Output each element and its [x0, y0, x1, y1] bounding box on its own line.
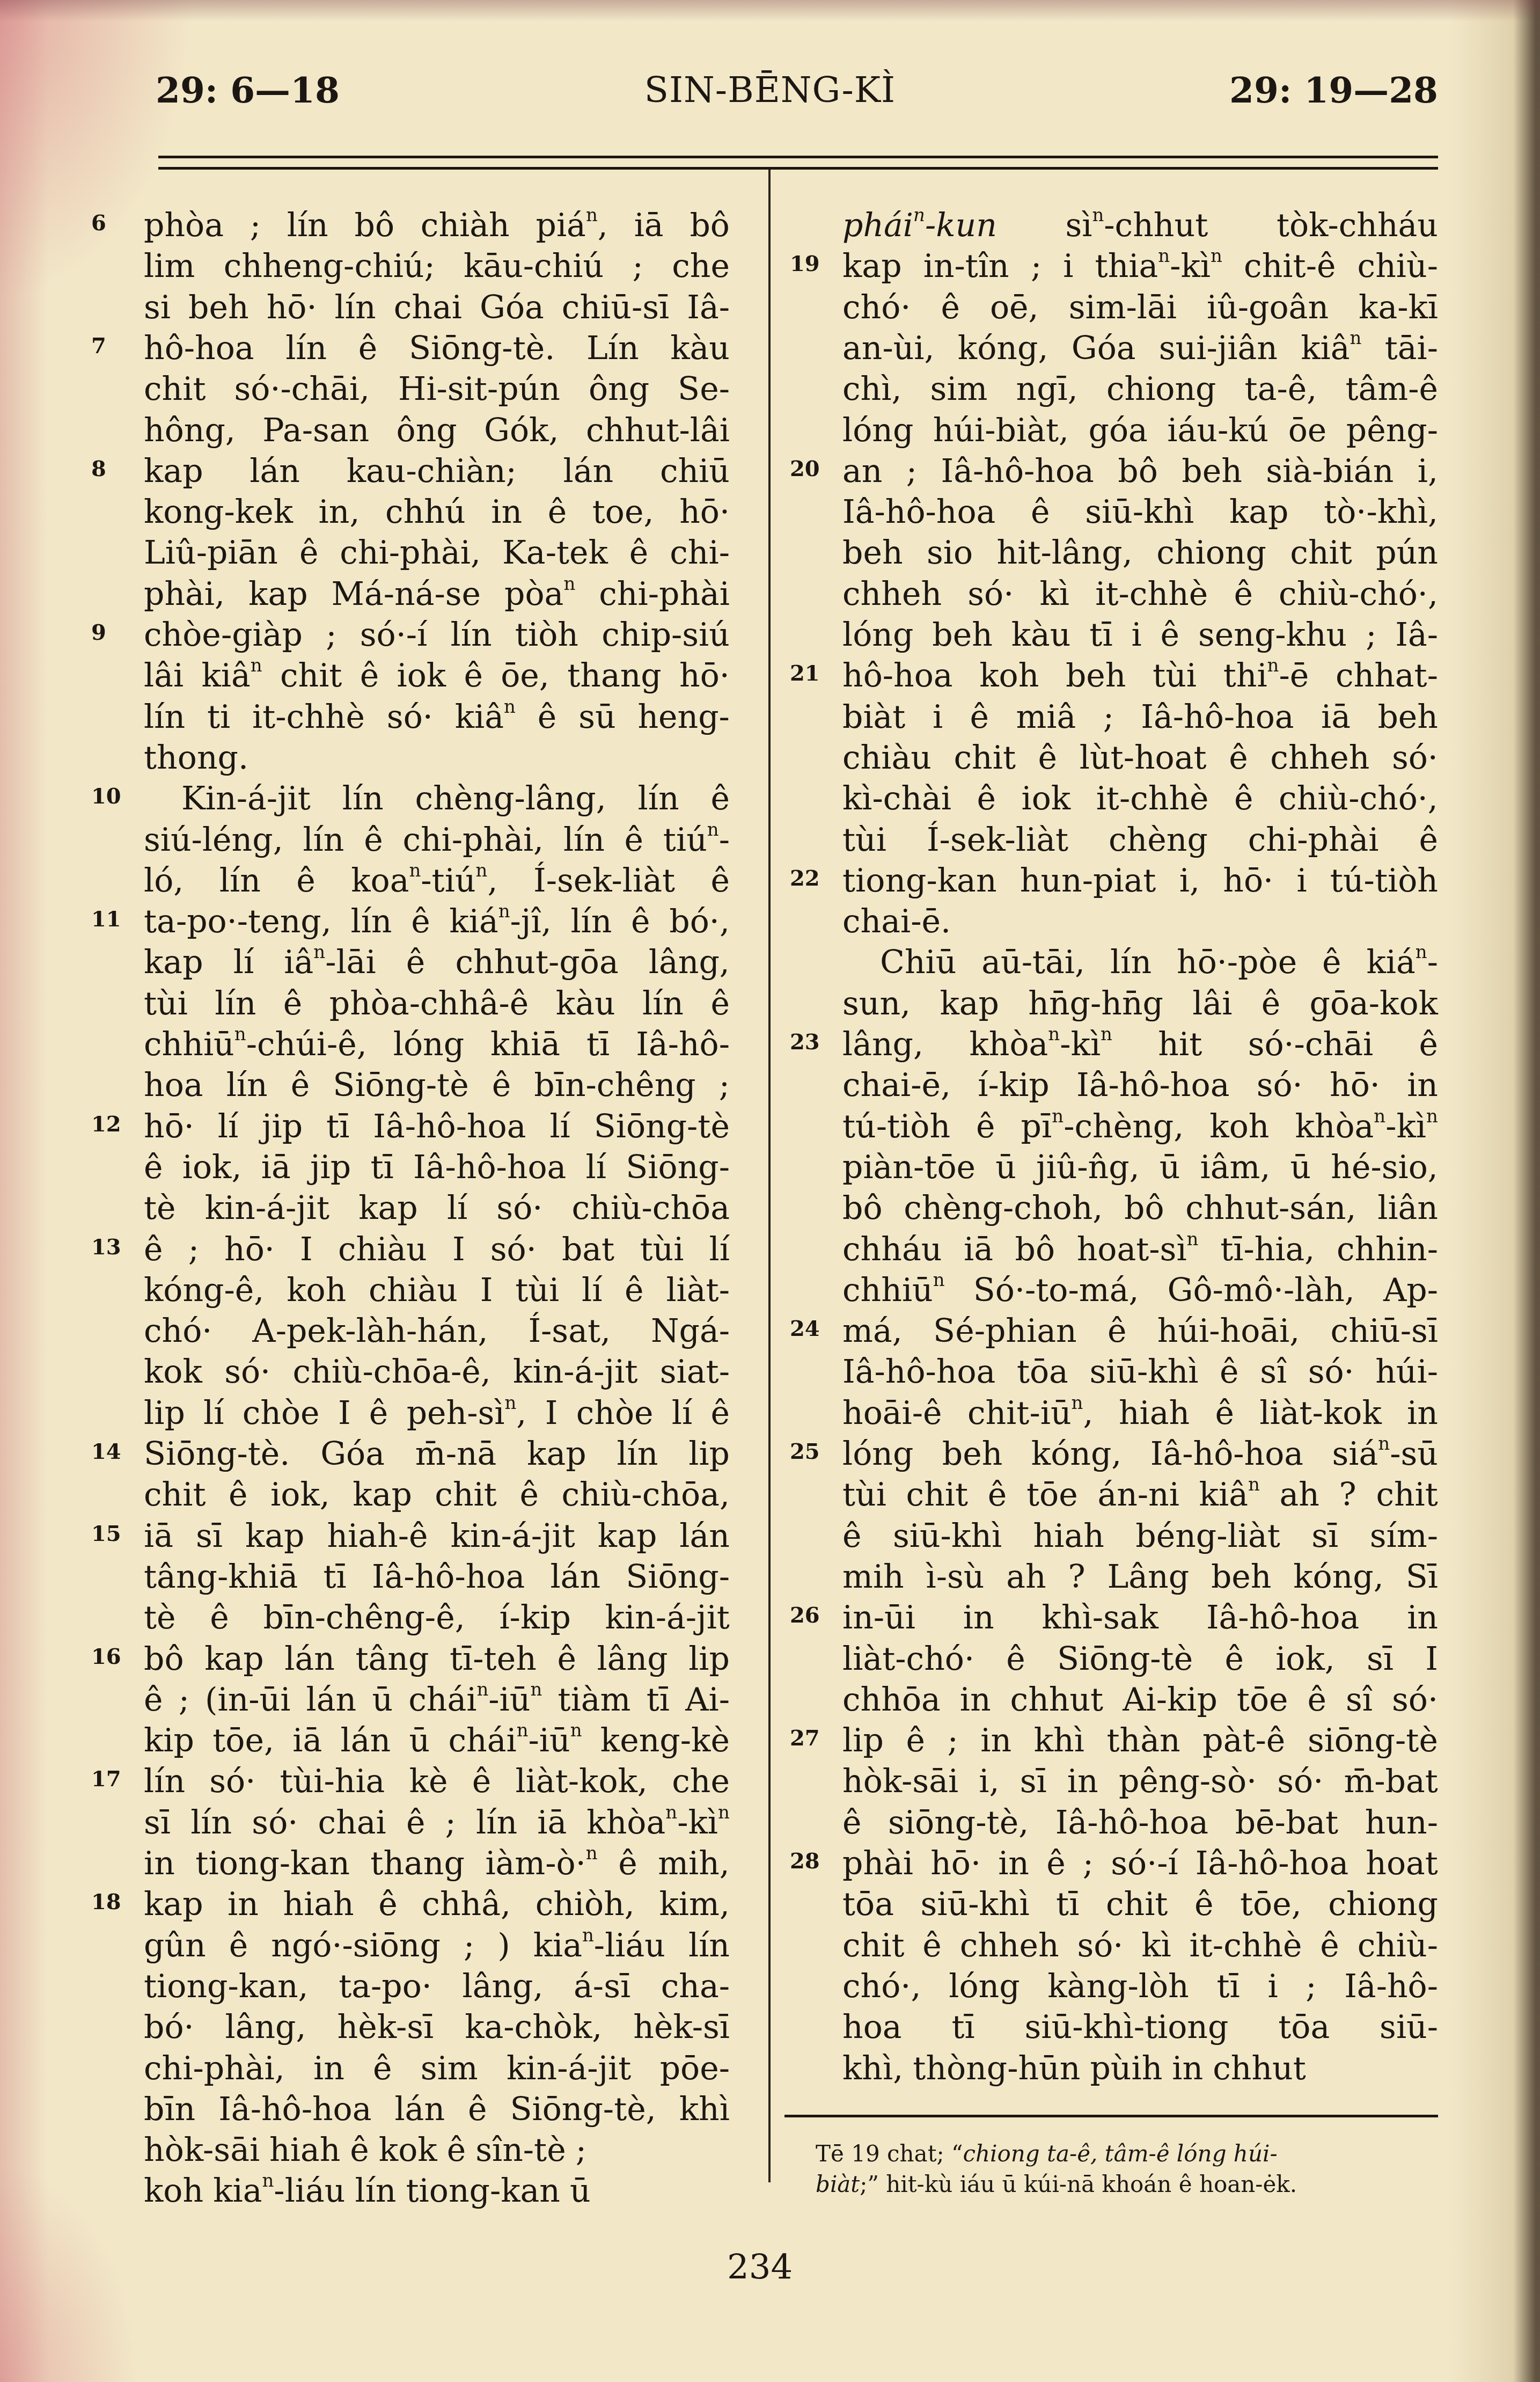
word: in	[998, 1842, 1029, 1885]
word: tī	[1216, 1965, 1240, 2008]
word: it-chhè	[1095, 573, 1208, 616]
word: pīn-chèng,	[1021, 1105, 1184, 1148]
text-line: hòk-sāii,sīinpêng-sò·só·m̄-bat	[842, 1760, 1438, 1803]
word: lín	[451, 613, 492, 656]
word: Lín	[586, 327, 639, 370]
running-head-right-reference: 29: 19—28	[1229, 69, 1438, 112]
word: khòan-kìn	[969, 1023, 1112, 1066]
word: kim,	[659, 1883, 730, 1926]
word: só·	[1392, 1678, 1438, 1721]
word: lí	[586, 1146, 606, 1189]
word: sìn-chhut	[1065, 204, 1208, 247]
word: só·	[252, 1801, 298, 1844]
word: pún	[1376, 531, 1438, 574]
word: chhōa	[842, 1678, 941, 1721]
word: ū	[570, 2169, 591, 2212]
text-line: chó·A-pek-làh-hán,Í-sat,Ngá-	[144, 1310, 730, 1353]
word: chit	[842, 1924, 905, 1967]
word: siū-khì-tiong	[1025, 2006, 1229, 2049]
word: ê	[1234, 777, 1253, 820]
word: ;	[464, 1924, 474, 1967]
footnote-quote: chiong ta-ê, tâm-ê lóng húi-	[963, 2140, 1277, 2167]
word: iā	[1321, 696, 1351, 739]
word: má,	[842, 1310, 903, 1353]
word: Pa-san	[262, 409, 369, 452]
text-line: kapin-tîn;ithian-kìnchit-êchiù-	[842, 245, 1438, 288]
word: chheng-chiú;	[224, 245, 435, 288]
word: lí	[709, 1228, 730, 1271]
word: lâi	[144, 654, 184, 697]
word: phòa	[144, 204, 224, 247]
text-line: chi-phài,inêsimkin-á-jitpōe-	[144, 2047, 730, 2090]
word: hō·	[144, 1105, 194, 1148]
word: lín	[476, 1801, 517, 1844]
footnote-text-end: ;” hit-kù iáu ū kúi-nā khoán ê hoan-ėk.	[860, 2171, 1297, 2197]
word: an-ùi,	[842, 327, 935, 370]
word: lín	[303, 819, 344, 861]
text-line: hoalínêSiōng-tèêbīn-chêng;	[144, 1064, 730, 1107]
word: i	[1296, 859, 1307, 902]
word: tâm-ê	[1345, 368, 1438, 411]
word: tōe	[1237, 1678, 1288, 1721]
word: in	[1407, 1064, 1438, 1107]
word: ló,	[144, 859, 184, 902]
word: iā	[634, 204, 664, 247]
word: thàn	[1106, 1719, 1180, 1762]
text-line: kong-kekin,chhúinêtoe,hō·	[144, 491, 730, 534]
word: chi-phài	[599, 573, 730, 616]
word: ;	[719, 1064, 730, 1107]
text-line: tiong-kanhun-piati,hō·itú-tiòh	[842, 859, 1438, 902]
word: Í-sek-liàt	[927, 819, 1068, 861]
word: ū	[995, 1146, 1016, 1189]
word: sim-lāi	[1069, 286, 1177, 329]
word: bó·,	[669, 900, 730, 943]
text-line: hòk-sāihiahêkokêsîn-tè;	[144, 2129, 730, 2172]
word: iok,	[182, 1146, 242, 1189]
word: iā	[537, 1801, 567, 1844]
word: chi-phài,	[340, 531, 481, 574]
word: ê	[1108, 1310, 1127, 1353]
word: jip	[310, 1146, 351, 1189]
word: si	[144, 286, 171, 329]
word: ê	[842, 1515, 862, 1558]
word: tāi-	[1385, 327, 1438, 370]
word: chi-phài	[1248, 819, 1379, 861]
word: góa	[1089, 409, 1148, 452]
word: gōa-kok	[1310, 982, 1438, 1025]
text-line: kiptōe,iālánūcháin-iūnkeng-kè	[144, 1719, 730, 1762]
word: tōa	[1278, 2006, 1330, 2049]
word: liân	[1377, 1187, 1438, 1230]
word: lín	[563, 819, 605, 861]
word: hō·	[930, 1842, 981, 1885]
word: pùih	[1090, 2047, 1162, 2090]
verse-number: 16	[91, 1641, 121, 1673]
text-line: intiong-kanthangiàm-ò·nêmih,	[144, 1842, 730, 1885]
word: ū	[409, 1719, 430, 1762]
word: in	[1407, 1596, 1438, 1639]
word: ê	[468, 2088, 487, 2131]
text-line: chòe-giàp;só·-ílíntiòhchip-siú	[144, 613, 730, 656]
text-line: lóngbehkàutīiêseng-khu;Iâ-	[842, 613, 1438, 656]
word: hn̄g-hn̄g	[1028, 982, 1163, 1025]
word: chai	[318, 1801, 386, 1844]
word: chó·	[144, 1310, 212, 1353]
word: miâ	[1016, 696, 1076, 739]
word: tī	[1056, 1883, 1079, 1926]
word: Iâ-hô-hoa	[1196, 1842, 1348, 1885]
word: ū	[1290, 1146, 1311, 1189]
word: thang	[370, 1842, 465, 1885]
word: sio	[927, 531, 973, 574]
word: Ngá-	[651, 1310, 730, 1353]
word: iā	[144, 1515, 173, 1558]
word: chiū-sī	[562, 286, 669, 329]
word: kāu-chiú	[464, 245, 604, 288]
word: lí	[218, 1105, 238, 1148]
word: ê	[1229, 736, 1248, 779]
word: khiā	[490, 1023, 560, 1066]
word: koh	[144, 2169, 203, 2212]
word: bô	[690, 204, 730, 247]
word: kóng-ê,	[144, 1269, 264, 1312]
word: iân-lāi	[284, 941, 376, 984]
word: kin-á-jit	[513, 1350, 637, 1393]
text-line: tèkin-á-jitkaplísó·chiù-chōa	[144, 1187, 730, 1230]
word: bat	[562, 1228, 614, 1271]
word: ê	[629, 531, 649, 574]
word: ê	[411, 900, 430, 943]
word: in,	[319, 491, 360, 534]
word: chhat-	[1336, 654, 1438, 697]
word: ê	[229, 1924, 248, 1967]
word: it-chhè	[1190, 1924, 1302, 1967]
word: hō·	[679, 654, 730, 697]
word: húi-	[1375, 1350, 1438, 1393]
word: Iâ-hô-hoa	[1150, 1433, 1303, 1475]
word: I	[300, 1228, 313, 1271]
word: A-pek-làh-hán,	[252, 1310, 488, 1353]
word: liàt-kok	[1259, 1392, 1381, 1435]
word: kàu	[670, 327, 730, 370]
word: chhâ,	[422, 1883, 511, 1926]
word: chhiūn	[842, 1269, 945, 1312]
word: lán	[394, 2088, 445, 2131]
word: ê	[970, 696, 989, 739]
word: húi-biàt,	[933, 409, 1069, 452]
word: kin-á-jit	[507, 2047, 631, 2090]
word: kóng,	[1293, 1555, 1384, 1598]
word: só·	[496, 1187, 542, 1230]
word: iok,	[1275, 1638, 1335, 1680]
word: Siōng-tè	[1057, 1638, 1193, 1680]
word: hòk-sāi	[144, 2129, 260, 2172]
word: chèng-choh,	[904, 1187, 1103, 1230]
word: tī	[326, 1105, 349, 1148]
word: phài	[842, 1842, 913, 1885]
verse-number: 21	[790, 657, 820, 690]
word: chit	[1106, 1883, 1168, 1926]
word: tùi	[842, 819, 886, 861]
word: che	[672, 245, 730, 288]
word: hô-hoa	[842, 654, 953, 697]
word: ;	[633, 245, 643, 288]
word: chiòh,	[536, 1883, 635, 1926]
word: ê	[710, 859, 730, 902]
word: sun,	[842, 982, 911, 1025]
word: só·	[1277, 1760, 1323, 1803]
word: bô	[1015, 1228, 1055, 1271]
word: Ap-	[1383, 1269, 1438, 1312]
word: kap	[144, 450, 203, 493]
word: iàm-ò·n	[485, 1842, 597, 1885]
word: ê	[625, 819, 644, 861]
word: ;	[1306, 1965, 1316, 2008]
word: kap	[598, 1515, 657, 1558]
word: pián,	[536, 204, 608, 247]
verse-number: 17	[91, 1763, 121, 1795]
footnote-line-1: Tē 19 chat; “chiong ta-ê, tâm-ê lóng húi…	[816, 2139, 1438, 2169]
word: bē-bat	[1235, 1801, 1338, 1844]
word: chhut-lâi	[586, 409, 730, 452]
word: ;	[326, 613, 336, 656]
word: chit	[954, 736, 1016, 779]
word: an	[842, 450, 882, 493]
word: chiàu	[338, 1228, 427, 1271]
word: kok	[144, 1350, 202, 1393]
word: ê	[406, 1801, 426, 1844]
word: hèk-sī	[633, 2006, 730, 2049]
word: liàt-kok,	[516, 1760, 648, 1803]
word: iok	[1021, 777, 1070, 820]
word: m̄-bat	[1344, 1760, 1438, 1803]
word: I	[452, 1228, 465, 1271]
word: lín	[219, 859, 261, 902]
word: ê	[1419, 1023, 1438, 1066]
word: ū	[1160, 1146, 1180, 1189]
word: in	[980, 1719, 1011, 1762]
word: chhiūn-chúi-ê,	[144, 1023, 367, 1066]
word: ê	[1234, 573, 1253, 616]
text-line: biàtiêmiâ;Iâ-hô-hoaiābeh	[842, 696, 1438, 739]
word: lín	[570, 900, 612, 943]
text-line: tùiÍ-sek-liàtchèngchi-phàiê	[842, 819, 1438, 861]
word: Lâng	[1107, 1555, 1189, 1598]
word: lí	[447, 1187, 467, 1230]
word: só·-chāi,	[234, 368, 370, 411]
word: kap	[245, 1515, 305, 1558]
text-line: lónghúi-biàt,góaiáu-kúōepêng-	[842, 409, 1438, 452]
word: ê	[1215, 1392, 1234, 1435]
word: ê	[1320, 1924, 1339, 1967]
text-line: chai-ē.	[842, 900, 1438, 943]
word: só·	[967, 573, 1014, 616]
word: tī-hia,	[1220, 1228, 1315, 1271]
word: lín	[642, 982, 684, 1025]
word: Gô-mô·-làh,	[1168, 1269, 1355, 1312]
word: Góa	[1072, 327, 1136, 370]
text-line: tú-tiòhêpīn-chèng,kohkhòan-kìn	[842, 1105, 1438, 1148]
text-line: chháuiābôhoat-sìntī-hia,chhin-	[842, 1228, 1438, 1271]
word: lâng,	[649, 941, 730, 984]
word: chèng-lâng,	[415, 777, 606, 820]
word: tōe,	[1240, 1883, 1302, 1926]
word: ê	[472, 1760, 492, 1803]
word: kap	[527, 1433, 586, 1475]
word: bīn-chêng	[534, 1064, 695, 1107]
word: lín	[350, 900, 392, 943]
word: Hi-sit-pún	[398, 368, 560, 411]
word: húi-hoāi,	[1157, 1310, 1300, 1353]
word: siū-khì	[893, 1515, 1002, 1558]
word: chi-phài,	[402, 819, 544, 861]
word: in	[1407, 1392, 1438, 1435]
word: Siōng-	[626, 1555, 730, 1598]
word: ;	[445, 1801, 456, 1844]
word: ê	[299, 531, 319, 574]
word: ê	[977, 777, 996, 820]
word: ê	[1419, 819, 1438, 861]
word: beh	[932, 613, 993, 656]
word: chheh	[842, 573, 942, 616]
text-line: ta-po·-teng,línêkián-jî,línêbó·,	[144, 900, 730, 943]
word: tī	[586, 1023, 610, 1066]
word: Kin-á-jit	[181, 777, 311, 820]
word: sū	[578, 696, 615, 739]
word: Iâ-hô-hoa	[1055, 1801, 1208, 1844]
word: tiàm	[558, 1678, 631, 1721]
text-line: hô-hoalínêSiōng-tè.Línkàu	[144, 327, 730, 370]
word: chi-phài,	[144, 2047, 285, 2090]
word: Ka-tek	[502, 531, 608, 574]
word: lip	[688, 1433, 730, 1475]
text-line: kapinhiahêchhâ,chiòh,kim,	[144, 1883, 730, 1926]
word: kiân	[201, 654, 262, 697]
word: ê	[1031, 491, 1050, 534]
text-line: chhehsó·kìit-chhèêchiù-chó·,	[842, 573, 1438, 616]
word: tiòh	[515, 613, 578, 656]
word: lín	[335, 286, 376, 329]
word: beh	[942, 1433, 1003, 1475]
text-line: lâng,khòan-kìnhitsó·-chāiê	[842, 1023, 1438, 1066]
word: só·	[209, 1760, 255, 1803]
word: Se-	[678, 368, 730, 411]
word: chit-iūn,	[967, 1392, 1094, 1435]
text-line: phòa;línbôchiàhpián,iābô	[144, 204, 730, 247]
word: kóng,	[958, 327, 1048, 370]
text-line: kaplíiân-lāiêchhut-gōalâng,	[144, 941, 730, 984]
word: ê	[625, 1269, 644, 1312]
word: Iâ-hô-hoa	[218, 2088, 371, 2131]
word: chòe	[576, 1392, 654, 1435]
text-line: tiong-kan,ta-po·lâng,á-sīcha-	[144, 1965, 730, 2008]
word: i	[933, 696, 943, 739]
word: hō·	[1330, 1064, 1380, 1107]
word: Só·-to-má,	[973, 1269, 1139, 1312]
word: kiân	[1199, 1473, 1260, 1516]
header-rule-top	[158, 156, 1438, 158]
word: in	[1067, 1760, 1098, 1803]
word: hō·	[1223, 859, 1273, 902]
word: Siōng-tè	[333, 1064, 468, 1107]
word: iû-goân	[1207, 286, 1329, 329]
word: iok	[397, 654, 446, 697]
word: lán	[306, 1678, 357, 1721]
word: hō·	[267, 286, 317, 329]
word: ;	[1031, 245, 1042, 288]
text-line: tùilínêphòa-chhâ-êkàulínê	[144, 982, 730, 1025]
word: siū-khì	[1089, 1350, 1198, 1393]
text-line: chai-ē,í-kipIâ-hô-hoasó·hō·in	[842, 1064, 1438, 1107]
word: sī	[1367, 1638, 1394, 1680]
text-line: khì,thòng-hūnpùihinchhut	[842, 2047, 1438, 2090]
word: tòk-chháu	[1277, 204, 1438, 247]
word: ?	[1339, 1473, 1356, 1516]
text-line: hoāi-êchit-iūn,hiahêliàt-kokin	[842, 1392, 1438, 1435]
word: biàt	[842, 696, 905, 739]
text-line: êsiū-khìhiahbéng-liàtsīsím-	[842, 1515, 1438, 1558]
word: khì-sak	[1042, 1596, 1158, 1639]
word: hun-piat	[1020, 859, 1156, 902]
word: lín	[287, 204, 328, 247]
word: hun-	[1365, 1801, 1438, 1844]
text-line: gûnêngó·-siōng;)kian-liáulín	[144, 1924, 730, 1967]
word: chiàh	[421, 204, 510, 247]
word: khì	[1034, 1719, 1084, 1762]
word: (in-ūi	[205, 1678, 290, 1721]
word: lí	[233, 941, 254, 984]
word: bô	[842, 1187, 883, 1230]
text-line: liàt-chó·êSiōng-tèêiok,sīI	[842, 1638, 1438, 1680]
word: lóng	[949, 1965, 1020, 2008]
word: tò·-khì,	[1324, 491, 1438, 534]
word: kap	[358, 1187, 418, 1230]
verse-number: 10	[91, 780, 121, 813]
word: chheh	[1270, 736, 1369, 779]
text-line: chitêiok,kapchitêchiù-chōa,	[144, 1473, 730, 1516]
word: kong-kek	[144, 491, 293, 534]
word: heng-	[637, 696, 729, 739]
text-line: an;Iâ-hô-hoabôbehsià-biáni,	[842, 450, 1438, 493]
text-line: limchheng-chiú;kāu-chiú;che	[144, 245, 730, 288]
word: Liû-piān	[144, 531, 278, 574]
word: ;	[1103, 696, 1114, 739]
word: hông,	[144, 409, 236, 452]
text-line: lipê;inkhìthànpàt-êsiōng-tè	[842, 1719, 1438, 1762]
text-line: phàihō·inê;só·-íIâ-hô-hoahoat	[842, 1842, 1438, 1885]
word: ê	[378, 1883, 398, 1926]
word: lí	[672, 1392, 692, 1435]
word: bô	[355, 204, 395, 247]
word: chai-ē.	[842, 900, 951, 943]
verse-number: 13	[91, 1231, 121, 1263]
word: phài,	[144, 573, 225, 616]
word: mih	[842, 1555, 904, 1598]
word: ê	[1220, 1350, 1239, 1393]
word: chit	[144, 1473, 206, 1516]
footnote-quote-end: biàt	[816, 2171, 860, 2197]
text-line: kóng-ê,kohchiàuItùilíêliàt-	[144, 1269, 730, 1312]
word: sî	[1346, 1678, 1373, 1721]
word: i	[1063, 245, 1073, 288]
text-line: Iâ-hô-hoatōasiū-khìêsîsó·húi-	[842, 1350, 1438, 1393]
word: kin-á-jit	[605, 1596, 730, 1639]
word: kiân	[455, 696, 516, 739]
word: ;	[1366, 613, 1376, 656]
word: í-kip	[499, 1596, 570, 1639]
word: kian-liáu	[533, 1924, 665, 1967]
